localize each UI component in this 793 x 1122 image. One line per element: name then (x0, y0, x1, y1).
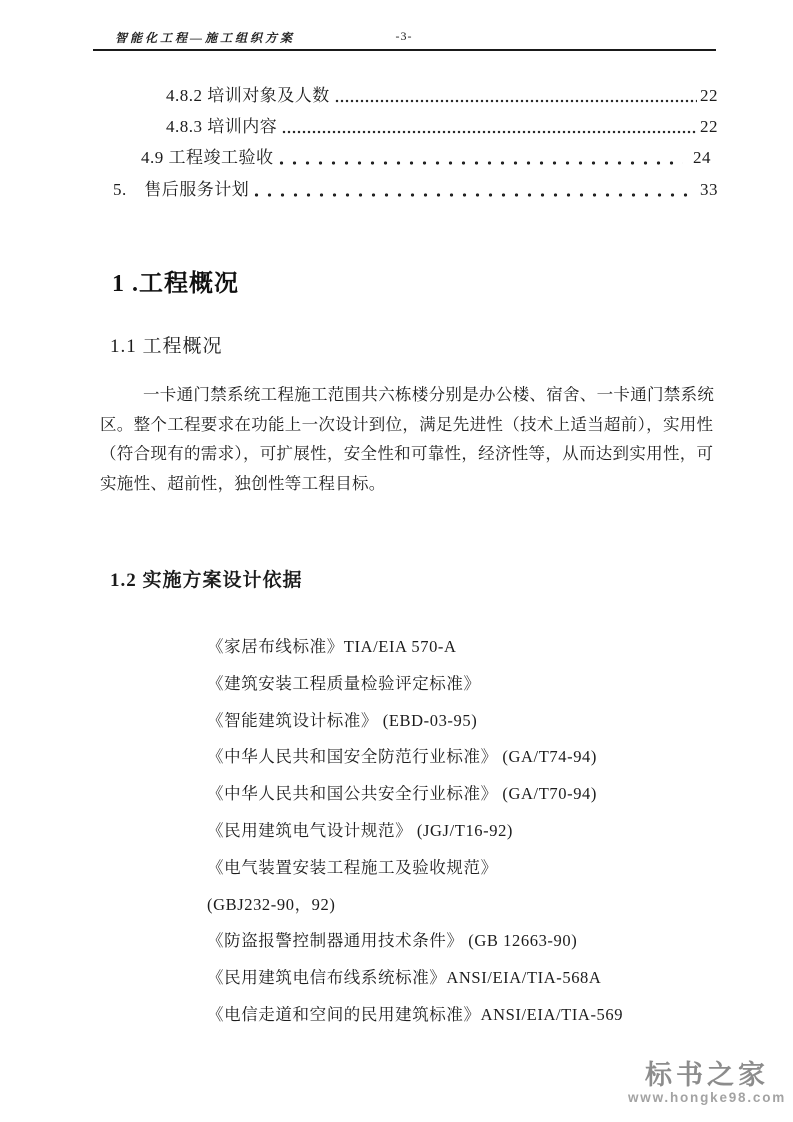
watermark-brand: 标书之家 (628, 1060, 786, 1090)
toc-entry-page: 22 (700, 116, 718, 137)
document-page: 智能化工程—施工组织方案 -3- 4.8.2 培训对象及人数 22 4.8.3 … (0, 0, 793, 1122)
header-rule (93, 49, 716, 51)
toc-dot-leader (282, 129, 697, 135)
header-page-number: -3- (93, 29, 715, 44)
watermark-site-url: www.hongke98.com (628, 1090, 786, 1106)
paragraph-line: 实施性、超前性，独创性等工程目标。 (100, 470, 718, 500)
toc-entry-4-8-2[interactable]: 4.8.2 培训对象及人数 22 (166, 85, 718, 106)
toc-entry-4-8-3[interactable]: 4.8.3 培训内容 22 (166, 116, 718, 137)
toc-entry-4-9[interactable]: 4.9 工程竣工验收 24 (141, 147, 711, 168)
toc-entry-label: 5. 售后服务计划 (113, 179, 249, 200)
standard-item: 《民用建筑电信布线系统标准》ANSI/EIA/TIA-568A (207, 960, 717, 997)
toc-dot-leader (279, 160, 684, 166)
toc-entry-label: 4.8.3 培训内容 (166, 116, 277, 137)
standard-item: 《建筑安装工程质量检验评定标准》 (207, 666, 717, 703)
paragraph-line: 一卡通门禁系统工程施工范围共六栋楼分别是办公楼、宿舍、一卡通门禁系统 (100, 381, 718, 411)
toc-entry-5[interactable]: 5. 售后服务计划 33 (113, 179, 718, 200)
toc-dot-leader (254, 192, 690, 198)
standard-item: 《智能建筑设计标准》 (EBD-03-95) (207, 703, 717, 740)
toc-entry-label: 4.8.2 培训对象及人数 (166, 85, 330, 106)
paragraph-line: （符合现有的需求），可扩展性，安全性和可靠性，经济性等，从而达到实用性，可 (100, 440, 718, 470)
standard-item: 《民用建筑电气设计规范》 (JGJ/T16-92) (207, 813, 717, 850)
standard-item: 《电气装置安装工程施工及验收规范》 (207, 850, 717, 887)
section-1-heading: 1 .工程概况 (112, 263, 239, 298)
standard-item: 《中华人民共和国安全防范行业标准》 (GA/T74-94) (207, 739, 717, 776)
standard-item: (GBJ232-90，92) (207, 887, 717, 924)
standard-item: 《家居布线标准》TIA/EIA 570-A (207, 629, 717, 666)
section-1-2-heading: 1.2 实施方案设计依据 (110, 565, 303, 592)
toc-dot-leader (335, 98, 697, 104)
standard-item: 《防盗报警控制器通用技术条件》 (GB 12663-90) (207, 923, 717, 960)
overview-paragraph: 一卡通门禁系统工程施工范围共六栋楼分别是办公楼、宿舍、一卡通门禁系统 区。整个工… (100, 381, 718, 499)
toc-entry-page: 24 (693, 147, 711, 168)
standards-list: 《家居布线标准》TIA/EIA 570-A《建筑安装工程质量检验评定标准》《智能… (207, 629, 717, 1034)
section-1-1-heading: 1.1 工程概况 (110, 331, 223, 358)
standard-item: 《中华人民共和国公共安全行业标准》 (GA/T70-94) (207, 776, 717, 813)
paragraph-line: 区。整个工程要求在功能上一次设计到位，满足先进性（技术上适当超前），实用性 (100, 411, 718, 441)
toc-entry-label: 4.9 工程竣工验收 (141, 147, 274, 168)
standard-item: 《电信走道和空间的民用建筑标准》ANSI/EIA/TIA-569 (207, 997, 717, 1034)
watermark: 标书之家 www.hongke98.com (628, 1060, 786, 1106)
toc-entry-page: 33 (700, 179, 718, 200)
toc-entry-page: 22 (700, 85, 718, 106)
